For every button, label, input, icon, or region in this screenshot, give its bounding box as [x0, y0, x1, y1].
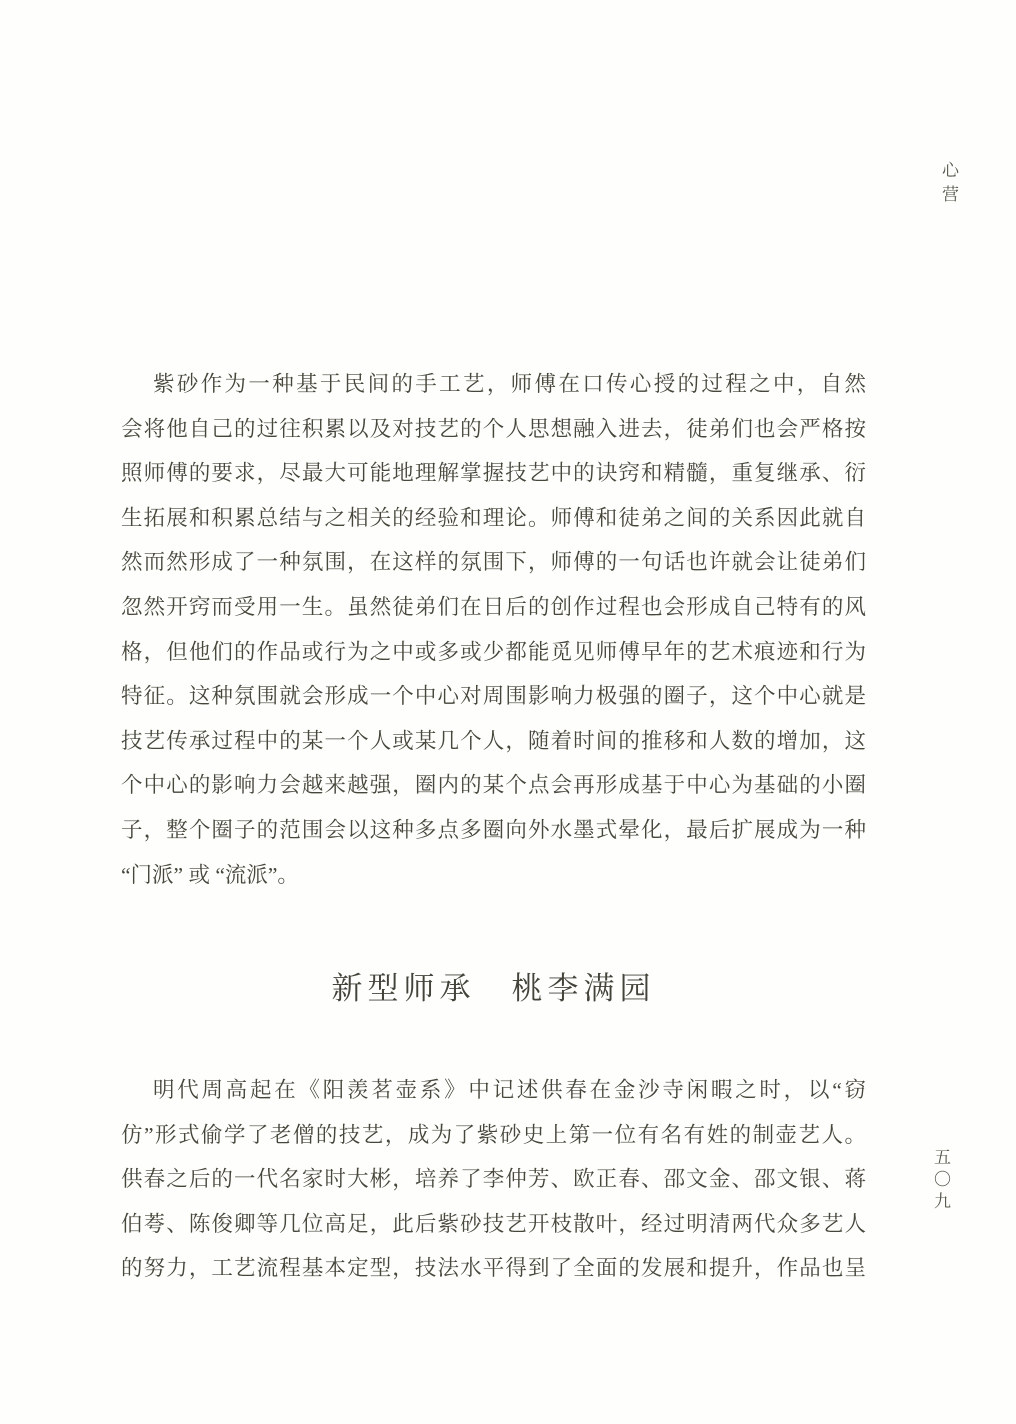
paragraph-2: 明代周高起在《阳羡茗壶系》中记述供春在金沙寺闲暇之时，以“窃仿”形式偷学了老僧的… [121, 1068, 866, 1291]
text-line: 供春之后的一代名家时大彬，培养了李仲芳、欧正春、邵文金、邵文银、蒋 [121, 1157, 866, 1202]
text-line: “门派” 或 “流派”。 [121, 853, 866, 898]
text-line: 的努力，工艺流程基本定型，技法水平得到了全面的发展和提升，作品也呈 [121, 1246, 866, 1291]
text-line: 格，但他们的作品或行为之中或多或少都能觅见师傅早年的艺术痕迹和行为 [121, 630, 866, 675]
section-heading: 新型师承 桃李满园 [121, 963, 866, 1008]
text-line: 生拓展和积累总结与之相关的经验和理论。师傅和徒弟之间的关系因此就自 [121, 496, 866, 541]
text-line: 照师傅的要求，尽最大可能地理解掌握技艺中的诀窍和精髓，重复继承、衍 [121, 451, 866, 496]
text-line: 子，整个圈子的范围会以这种多点多圈向外水墨式晕化，最后扩展成为一种 [121, 808, 866, 853]
text-line: 会将他自己的过往积累以及对技艺的个人思想融入进去，徒弟们也会严格按 [121, 407, 866, 452]
text-line: 伯荂、陈俊卿等几位高足，此后紫砂技艺开枝散叶，经过明清两代众多艺人 [121, 1202, 866, 1247]
text-line: 个中心的影响力会越来越强，圈内的某个点会再形成基于中心为基础的小圈 [121, 763, 866, 808]
book-page: 心营 紫砂作为一种基于民间的手工艺，师傅在口传心授的过程之中，自然会将他自己的过… [0, 0, 1016, 1424]
text-line: 忽然开窍而受用一生。虽然徒弟们在日后的创作过程也会形成自己特有的风 [121, 585, 866, 630]
page-number: 五〇九 [928, 1148, 953, 1214]
text-line: 技艺传承过程中的某一个人或某几个人，随着时间的推移和人数的增加，这 [121, 719, 866, 764]
text-line: 特征。这种氛围就会形成一个中心对周围影响力极强的圈子，这个中心就是 [121, 674, 866, 719]
running-head: 心营 [936, 161, 961, 209]
text-line: 然而然形成了一种氛围，在这样的氛围下，师傅的一句话也许就会让徒弟们 [121, 540, 866, 585]
text-line: 紫砂作为一种基于民间的手工艺，师傅在口传心授的过程之中，自然 [121, 362, 866, 407]
paragraph-1: 紫砂作为一种基于民间的手工艺，师傅在口传心授的过程之中，自然会将他自己的过往积累… [121, 362, 866, 897]
text-line: 仿”形式偷学了老僧的技艺，成为了紫砂史上第一位有名有姓的制壶艺人。 [121, 1113, 866, 1158]
text-line: 明代周高起在《阳羡茗壶系》中记述供春在金沙寺闲暇之时，以“窃 [121, 1068, 866, 1113]
